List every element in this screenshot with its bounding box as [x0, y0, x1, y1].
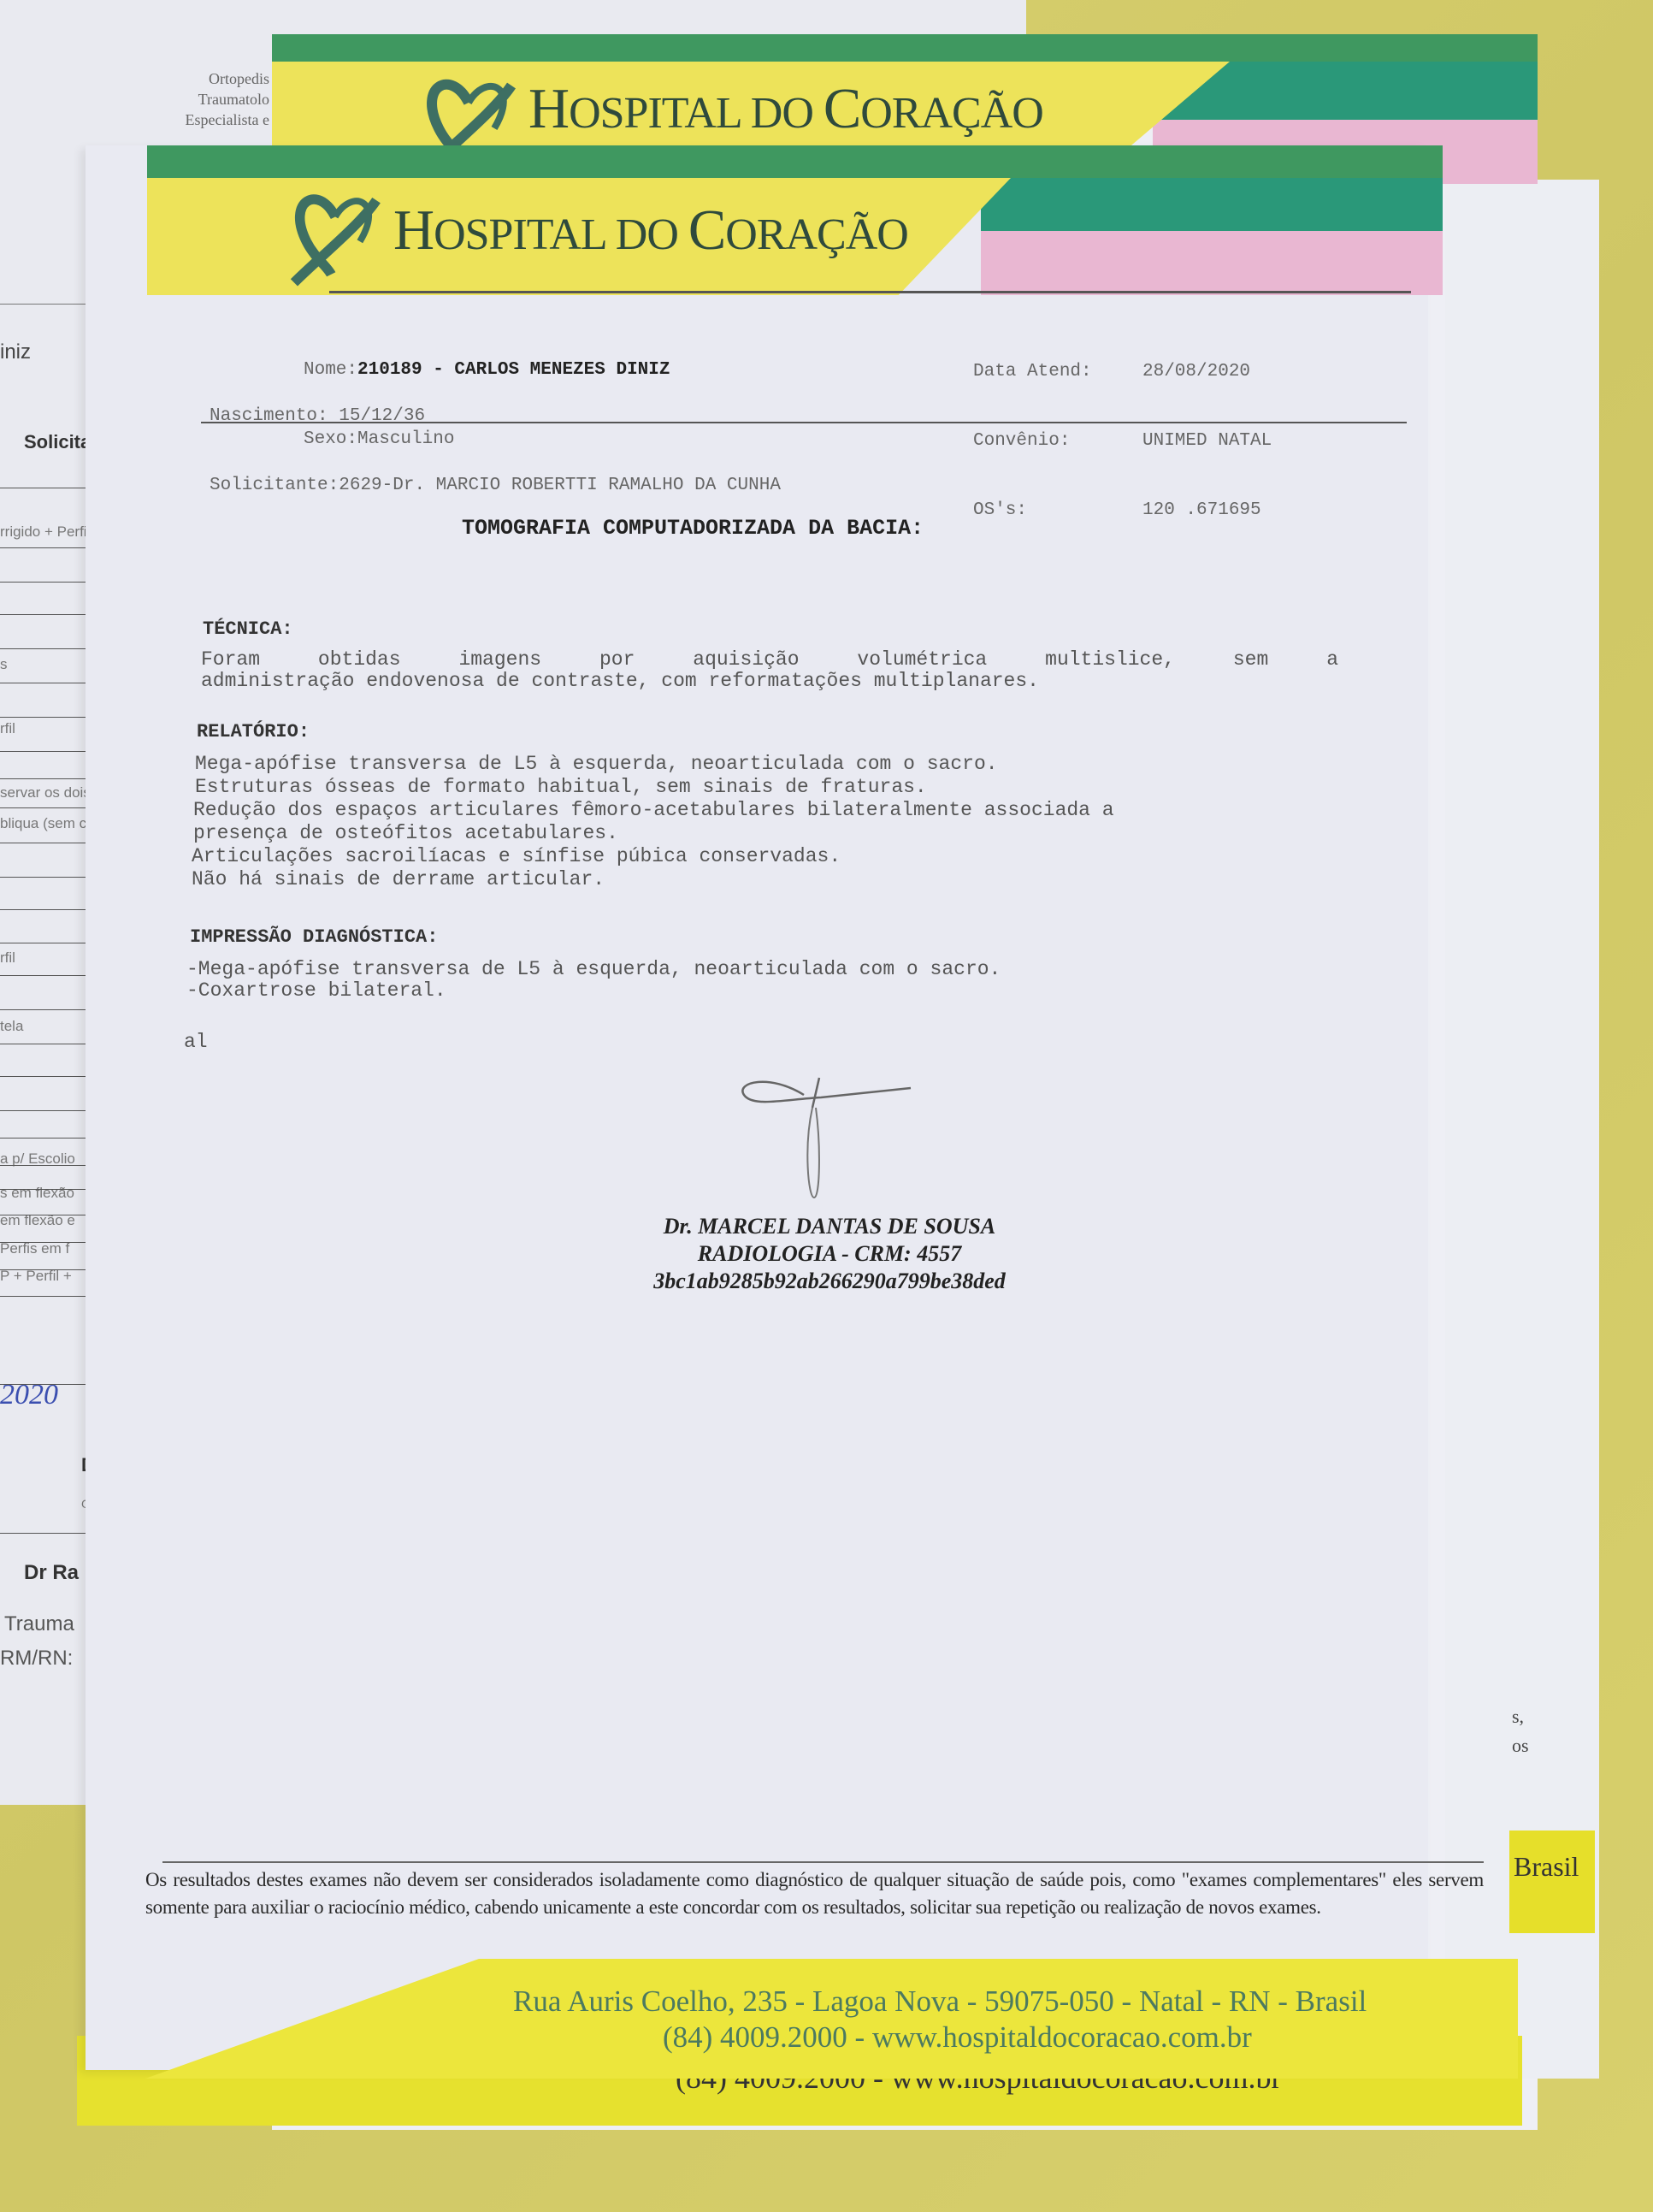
ortho-item: rfil [0, 720, 15, 737]
radiologist-specialty: RADIOLOGIA - CRM: 4557 [479, 1240, 1180, 1268]
ortho-patient-name: iniz [0, 340, 31, 364]
patient-info-right: Data Atend:28/08/2020 Convênio:UNIMED NA… [973, 314, 1272, 545]
impression-line: -Coxartrose bilateral. [186, 979, 446, 1002]
back-report-fragment-line: s, [1512, 1702, 1529, 1731]
finding-line: Não há sinais de derrame articular. [192, 868, 605, 891]
attend-date: 28/08/2020 [1142, 362, 1250, 381]
ortho-row-line [0, 1533, 92, 1534]
header-green-stripe [147, 145, 1443, 178]
typist-initials: al [184, 1031, 208, 1054]
os-number: 120 .671695 [1142, 500, 1261, 520]
ortho-doctor-crm: RM/RN: [0, 1647, 73, 1671]
ortho-item: servar os dois [0, 784, 91, 801]
ortho-item: rfil [0, 949, 15, 967]
technique-line-1: Foram obtidas imagens por aquisição volu… [201, 648, 1338, 671]
ortho-header: Ortopedis Traumatolo Especialista e [128, 68, 269, 130]
ortho-item: tela [0, 1018, 23, 1035]
exam-title: TOMOGRAFIA COMPUTADORIZADA DA BACIA: [462, 516, 924, 541]
ortho-item: bliqua (sem ca [0, 815, 95, 832]
finding-line: Articulações sacroilíacas e sínfise púbi… [192, 845, 841, 868]
technique-heading: TÉCNICA: [203, 618, 293, 640]
ortho-item: P + Perfil + [0, 1268, 72, 1285]
patient-info-left-2: Nascimento: 15/12/36 Solicitante:2629-Dr… [210, 358, 781, 520]
hospital-logo-text: HOSPITAL DO CORAÇÃO [528, 77, 1043, 142]
ortho-item: s [0, 656, 8, 673]
insurance-row: Convênio:UNIMED NATAL [973, 429, 1272, 452]
os-row: OS's:120 .671695 [973, 499, 1272, 522]
requesting-doctor: 2629-Dr. MARCIO ROBERTTI RAMALHO DA CUNH… [339, 476, 781, 495]
footer-band [479, 1959, 1518, 2079]
back-footer-fragment: Brasil [1509, 1831, 1595, 1933]
ortho-row-line [0, 1384, 96, 1385]
disclaimer-text: Os resultados destes exames não devem se… [145, 1866, 1484, 1921]
footer-band-triangle [145, 1959, 479, 2079]
patient-info-divider [201, 422, 1407, 423]
ortho-doctor-name: Dr Ra [24, 1561, 79, 1585]
ortho-doctor-specialty: Trauma [4, 1612, 74, 1636]
back-report-fragment-line: os [1512, 1731, 1529, 1760]
technique-line-2: administração endovenosa de contraste, c… [201, 670, 1039, 693]
signature-block: Dr. MARCEL DANTAS DE SOUSA RADIOLOGIA - … [479, 1213, 1180, 1295]
heart-logo-icon [284, 184, 387, 291]
insurance: UNIMED NATAL [1142, 431, 1272, 451]
finding-line: presença de osteófitos acetabulares. [193, 822, 618, 845]
hospital-logo-text: HOSPITAL DO CORAÇÃO [393, 198, 908, 263]
ortho-item: Perfis em f [0, 1240, 69, 1257]
ortho-header-line: Especialista e [128, 109, 269, 130]
impression-heading: IMPRESSÃO DIAGNÓSTICA: [190, 926, 438, 948]
impression-line: -Mega-apófise transversa de L5 à esquerd… [186, 958, 1001, 981]
footer-divider [162, 1861, 1484, 1863]
radiologist-name: Dr. MARCEL DANTAS DE SOUSA [479, 1213, 1180, 1240]
header-underline [329, 291, 1411, 293]
finding-line: Mega-apófise transversa de L5 à esquerda… [195, 753, 998, 776]
footer-contact: (84) 4009.2000 - www.hospitaldocoracao.c… [663, 2020, 1252, 2055]
back-report-fragment: s, os [1512, 1702, 1529, 1760]
header-pink-stripe [981, 231, 1443, 295]
finding-line: Estruturas ósseas de formato habitual, s… [195, 776, 927, 799]
findings-heading: RELATÓRIO: [197, 721, 310, 742]
finding-line: Redução dos espaços articulares fêmoro-a… [193, 799, 1114, 822]
patient-birth-row: Nascimento: 15/12/36 [210, 405, 781, 428]
back-footer-fragment-text: Brasil [1514, 1851, 1579, 1883]
ortho-header-line: Traumatolo [128, 89, 269, 109]
front-header-band: HOSPITAL DO CORAÇÃO [147, 145, 1443, 295]
ortho-header-line: Ortopedis [128, 68, 269, 89]
header-green-stripe [272, 34, 1538, 62]
patient-requester-row: Solicitante:2629-Dr. MARCIO ROBERTTI RAM… [210, 474, 781, 497]
attend-date-row: Data Atend:28/08/2020 [973, 360, 1272, 383]
ortho-item: s em flexão [0, 1185, 74, 1202]
back-report-sheet-edge [1445, 180, 1599, 2079]
handwritten-signature-icon [735, 1069, 924, 1206]
report-hash: 3bc1ab9285b92ab266290a799be38ded [479, 1268, 1180, 1295]
footer-address: Rua Auris Coelho, 235 - Lagoa Nova - 590… [513, 1984, 1367, 2019]
